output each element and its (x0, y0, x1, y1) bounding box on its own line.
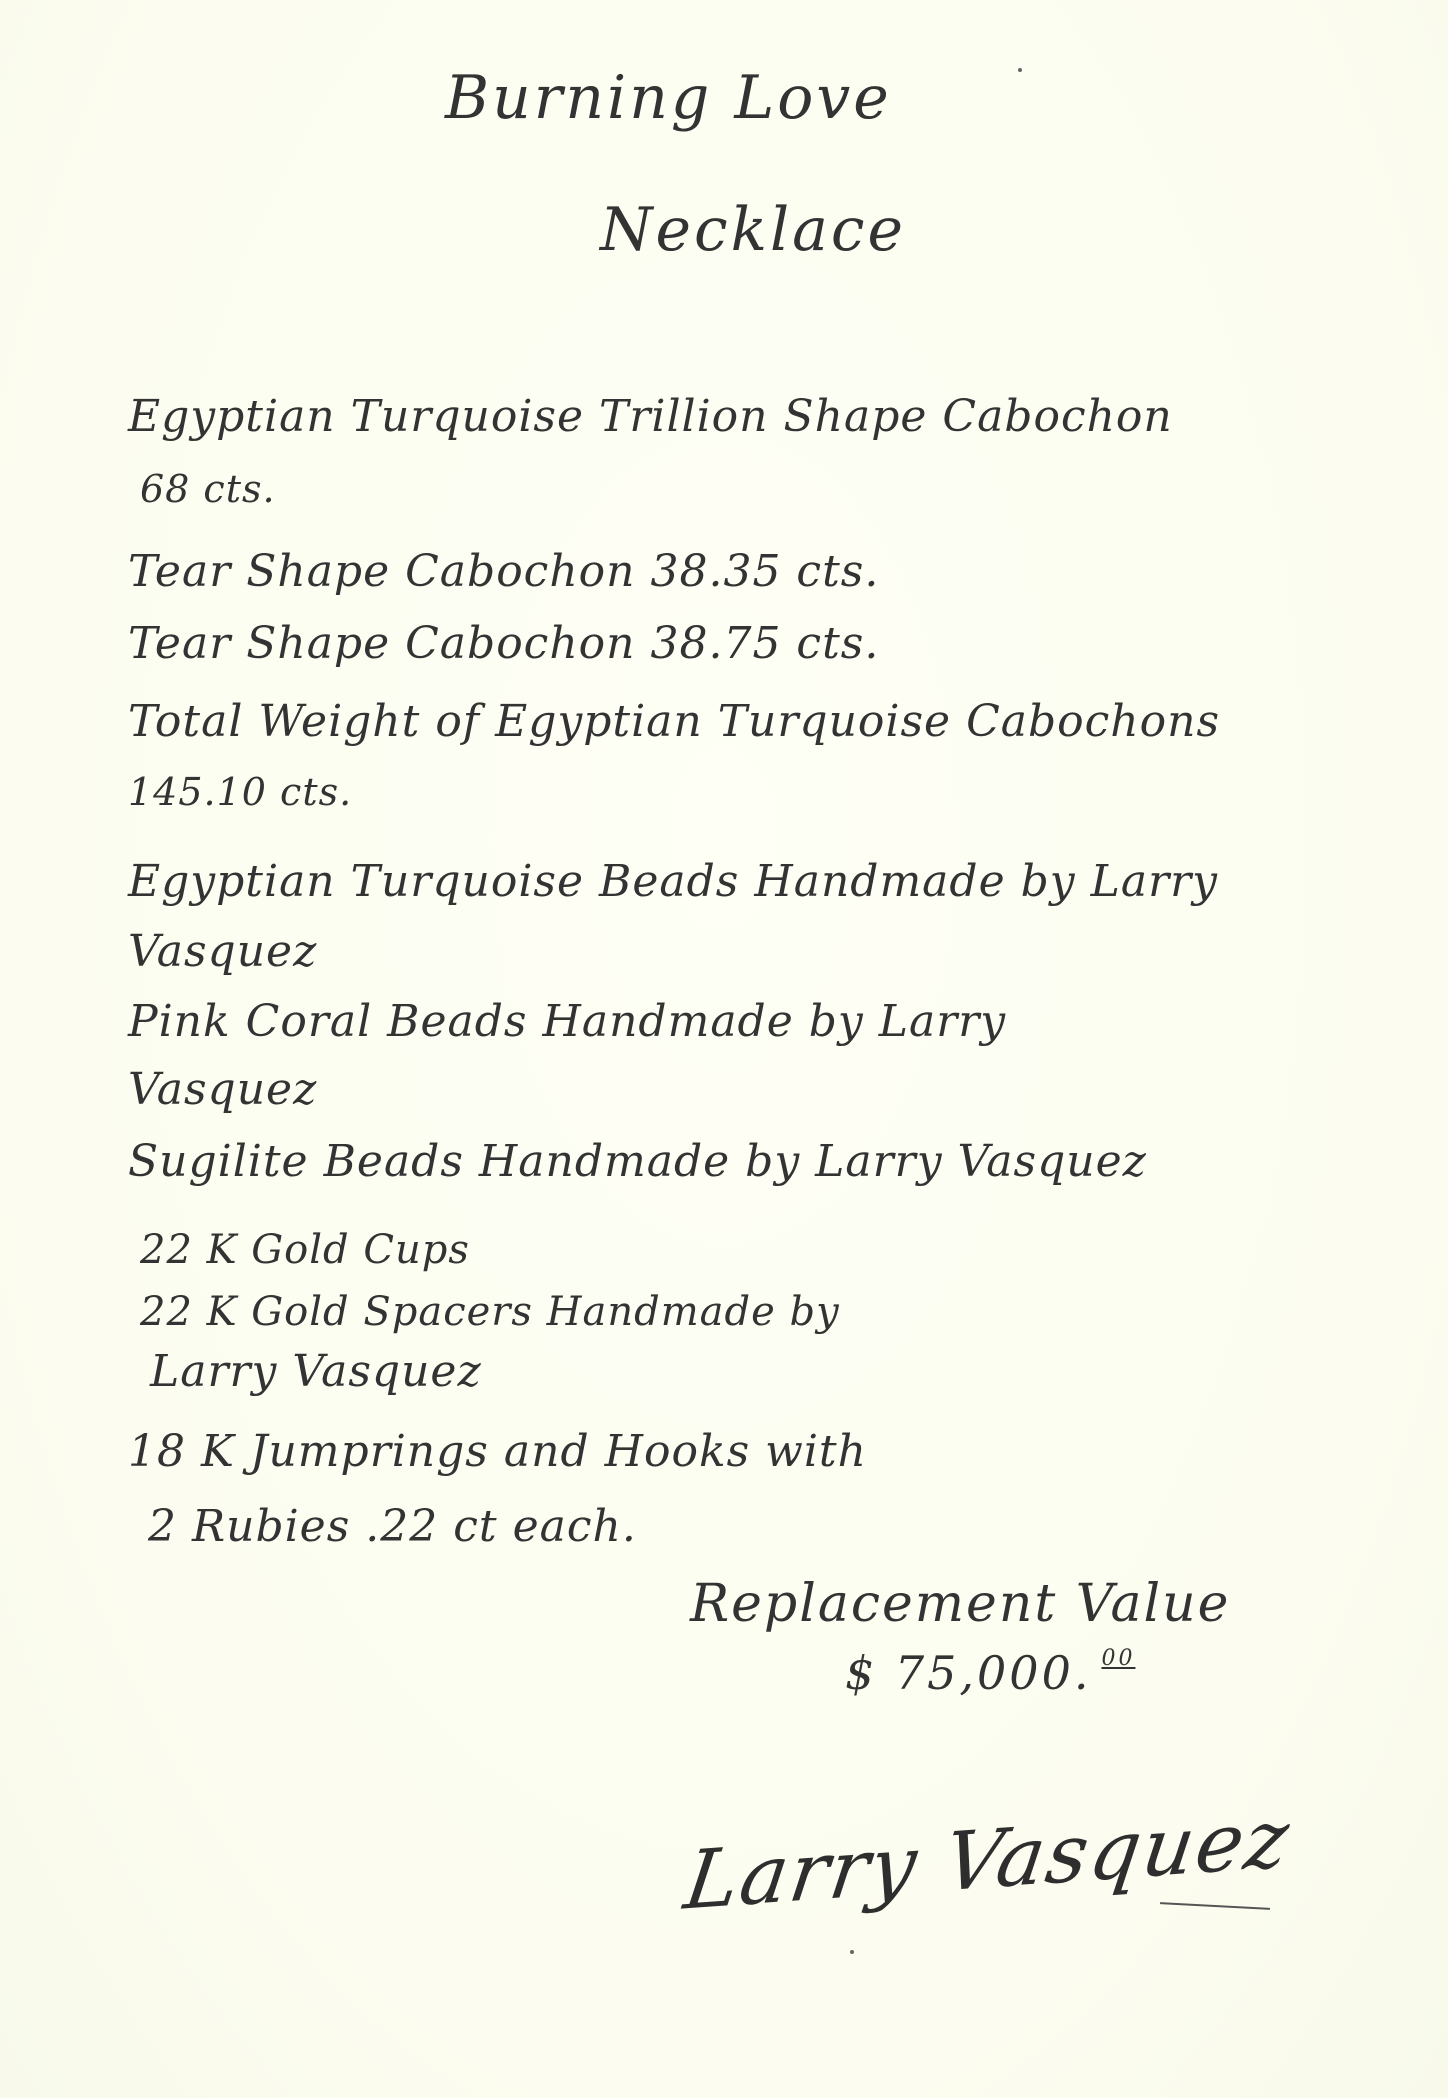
replacement-value-amount: $ 75,000.00 (845, 1648, 1135, 1696)
item-line-trillion-cabochon: Egyptian Turquoise Trillion Shape Caboch… (128, 395, 1173, 439)
item-line-rubies: 2 Rubies .22 ct each. (148, 1505, 637, 1549)
item-line-tear-cabochon-2: Tear Shape Cabochon 38.75 cts. (128, 622, 879, 666)
replacement-value-label: Replacement Value (690, 1578, 1230, 1630)
item-line-gold-spacers: 22 K Gold Spacers Handmade by (140, 1292, 840, 1332)
item-line-tear-cabochon-1: Tear Shape Cabochon 38.35 cts. (128, 550, 879, 594)
item-line-gold-cups: 22 K Gold Cups (140, 1230, 470, 1270)
item-line-coral-beads-cont: Vasquez (128, 1068, 317, 1112)
item-line-trillion-weight: 68 cts. (140, 470, 276, 508)
document-title-line-2: Necklace (600, 200, 906, 260)
signature-flourish (1160, 1902, 1270, 1910)
replacement-value-dollars: $ 75,000. (845, 1646, 1091, 1700)
item-line-total-weight-label: Total Weight of Egyptian Turquoise Caboc… (128, 700, 1220, 744)
paper-speck (1018, 68, 1022, 72)
handwritten-page: Burning Love Necklace Egyptian Turquoise… (0, 0, 1448, 2098)
item-line-turquoise-beads-cont: Vasquez (128, 930, 317, 974)
item-line-turquoise-beads: Egyptian Turquoise Beads Handmade by Lar… (128, 860, 1218, 904)
item-line-jumprings: 18 K Jumprings and Hooks with (128, 1430, 867, 1474)
item-line-sugilite-beads: Sugilite Beads Handmade by Larry Vasquez (128, 1140, 1147, 1184)
replacement-value-cents: 00 (1101, 1646, 1135, 1671)
signature: Larry Vasquez (680, 1798, 1295, 1921)
item-line-total-weight-value: 145.10 cts. (128, 773, 352, 811)
paper-speck (850, 1950, 854, 1954)
document-title-line-1: Burning Love (445, 68, 892, 128)
item-line-coral-beads: Pink Coral Beads Handmade by Larry (128, 1000, 1006, 1044)
item-line-gold-spacers-cont: Larry Vasquez (150, 1350, 482, 1394)
